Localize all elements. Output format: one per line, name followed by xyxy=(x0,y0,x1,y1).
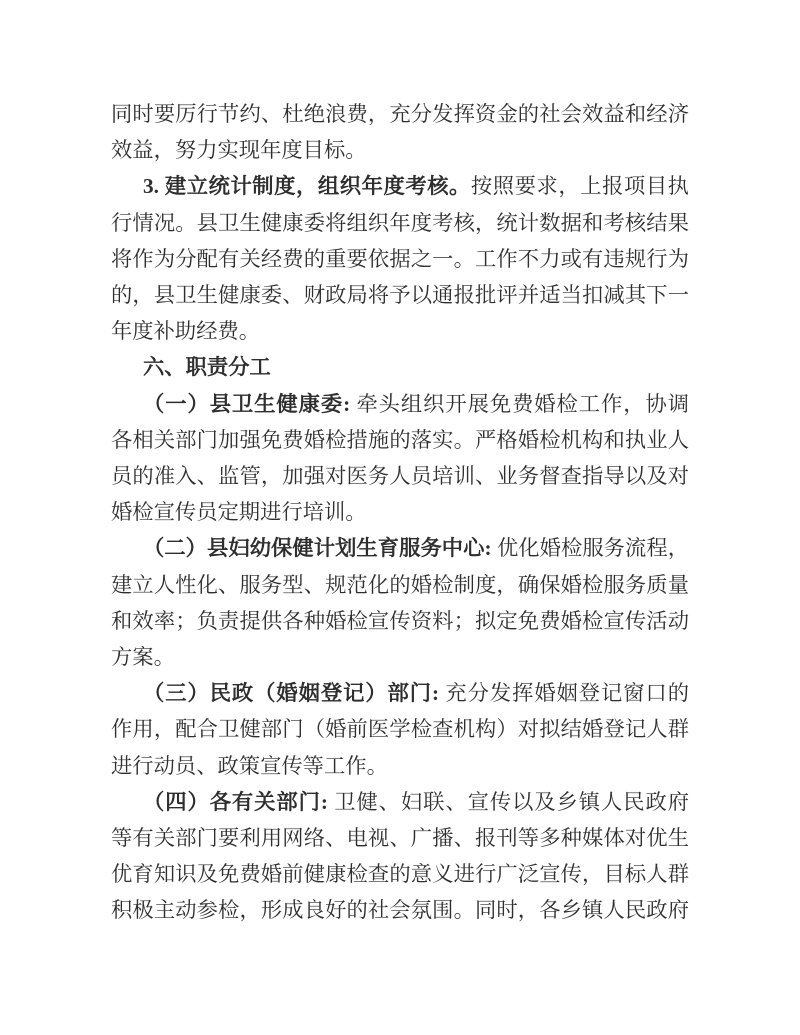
bold-run: 3. 建立统计制度，组织年度考核。 xyxy=(143,174,471,198)
text-line: 方案。 xyxy=(111,639,689,675)
text-line-item-1-health-commission: （一）县卫生健康委: 牵头组织开展免费婚检工作，协调 xyxy=(111,386,689,422)
text-line: 将作为分配有关经费的重要依据之一。工作不力或有违规行为 xyxy=(111,241,689,277)
text-line: 和效率；负责提供各种婚检宣传资料；拟定免费婚检宣传活动 xyxy=(111,603,689,639)
section-heading-duty-division: 六、职责分工 xyxy=(111,349,689,385)
regular-run: 和效率；负责提供各种婚检宣传资料；拟定免费婚检宣传活动 xyxy=(111,609,689,633)
regular-run: 方案。 xyxy=(111,645,175,669)
regular-run: 的，县卫生健康委、财政局将予以通报批评并适当扣减其下一 xyxy=(111,283,689,307)
text-line-item-4-related-departments: （四）各有关部门: 卫健、妇联、宣传以及乡镇人民政府 xyxy=(111,784,689,820)
regular-run: 牵头组织开展免费婚检工作，协调 xyxy=(350,392,689,416)
text-line: 员的准入、监管，加强对医务人员培训、业务督查指导以及对 xyxy=(111,458,689,494)
text-line: 优育知识及免费婚前健康检查的意义进行广泛宣传，目标人群 xyxy=(111,856,689,892)
regular-run: 将作为分配有关经费的重要依据之一。工作不力或有违规行为 xyxy=(111,247,689,271)
regular-run: 建立人性化、服务型、规范化的婚检制度，确保婚检服务质量 xyxy=(111,573,689,597)
regular-run: 优化婚检服务流程， xyxy=(492,536,689,560)
text-line: 效益，努力实现年度目标。 xyxy=(111,132,689,168)
bold-run: （二）县妇幼保健计划生育服务中心: xyxy=(143,536,492,560)
text-line: 建立人性化、服务型、规范化的婚检制度，确保婚检服务质量 xyxy=(111,567,689,603)
text-line: 进行动员、政策宣传等工作。 xyxy=(111,748,689,784)
regular-run: 按照要求，上报项目执 xyxy=(471,174,689,198)
text-line-numbered-item-3: 3. 建立统计制度，组织年度考核。按照要求，上报项目执 xyxy=(111,168,689,204)
text-line: 的，县卫生健康委、财政局将予以通报批评并适当扣减其下一 xyxy=(111,277,689,313)
text-line: 等有关部门要利用网络、电视、广播、报刊等多种媒体对优生 xyxy=(111,820,689,856)
regular-run: 卫健、妇联、宣传以及乡镇人民政府 xyxy=(328,790,689,814)
text-line: 各相关部门加强免费婚检措施的落实。严格婚检机构和执业人 xyxy=(111,422,689,458)
regular-run: 进行动员、政策宣传等工作。 xyxy=(111,754,388,778)
regular-run: 优育知识及免费婚前健康检查的意义进行广泛宣传，目标人群 xyxy=(111,862,689,886)
regular-run: 行情况。县卫生健康委将组织年度考核，统计数据和考核结果 xyxy=(111,211,689,235)
text-line-item-2-mch-center: （二）县妇幼保健计划生育服务中心: 优化婚检服务流程， xyxy=(111,530,689,566)
bold-run: （四）各有关部门: xyxy=(143,790,328,814)
regular-run: 同时要厉行节约、杜绝浪费，充分发挥资金的社会效益和经济 xyxy=(111,102,689,126)
regular-run: 作用，配合卫健部门（婚前医学检查机构）对拟结婚登记人群 xyxy=(111,717,689,741)
bold-run: 六、职责分工 xyxy=(143,355,271,379)
regular-run: 效益，努力实现年度目标。 xyxy=(111,138,367,162)
document-page: 同时要厉行节约、杜绝浪费，充分发挥资金的社会效益和经济 效益，努力实现年度目标。… xyxy=(0,0,800,1035)
text-line: 同时要厉行节约、杜绝浪费，充分发挥资金的社会效益和经济 xyxy=(111,96,689,132)
regular-run: 年度补助经费。 xyxy=(111,319,260,343)
text-line-item-3-civil-affairs: （三）民政（婚姻登记）部门: 充分发挥婚姻登记窗口的 xyxy=(111,675,689,711)
regular-run: 充分发挥婚姻登记窗口的 xyxy=(439,681,689,705)
regular-run: 积极主动参检，形成良好的社会氛围。同时，各乡镇人民政府 xyxy=(111,898,689,922)
bold-run: （三）民政（婚姻登记）部门: xyxy=(143,681,439,705)
bold-run: （一）县卫生健康委: xyxy=(143,392,350,416)
text-line: 行情况。县卫生健康委将组织年度考核，统计数据和考核结果 xyxy=(111,205,689,241)
regular-run: 各相关部门加强免费婚检措施的落实。严格婚检机构和执业人 xyxy=(111,428,689,452)
text-line: 积极主动参检，形成良好的社会氛围。同时，各乡镇人民政府 xyxy=(111,892,689,928)
document-body-text: 同时要厉行节约、杜绝浪费，充分发挥资金的社会效益和经济 效益，努力实现年度目标。… xyxy=(111,96,689,929)
text-line: 作用，配合卫健部门（婚前医学检查机构）对拟结婚登记人群 xyxy=(111,711,689,747)
regular-run: 员的准入、监管，加强对医务人员培训、业务督查指导以及对 xyxy=(111,464,689,488)
text-line: 婚检宣传员定期进行培训。 xyxy=(111,494,689,530)
regular-run: 婚检宣传员定期进行培训。 xyxy=(111,500,367,524)
regular-run: 等有关部门要利用网络、电视、广播、报刊等多种媒体对优生 xyxy=(111,826,689,850)
text-line: 年度补助经费。 xyxy=(111,313,689,349)
